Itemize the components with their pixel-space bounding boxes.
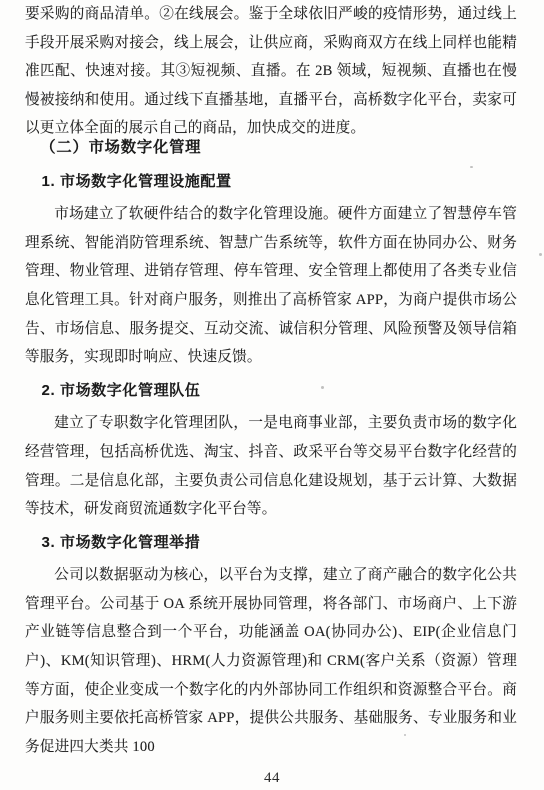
subsection-3-body: 公司以数据驱动为核心，以平台为支撑，建立了商产融合的数字化公共管理平台。公司基于… [25, 561, 517, 761]
subsection-2-body: 建立了专职数字化管理团队，一是电商事业部，主要负责市场的数字化经营管理，包括高桥… [25, 409, 517, 523]
subsection-3-heading: 3. 市场数字化管理举措 [25, 529, 517, 558]
subsection-2-heading: 2. 市场数字化管理队伍 [25, 377, 517, 406]
scan-noise-speck [321, 386, 324, 389]
subsection-1-body: 市场建立了软硬件结合的数字化管理设施。硬件方面建立了智慧停车管理系统、智能消防管… [25, 200, 517, 372]
paragraph-continued-from-previous-page: 要采购的商品清单。②在线展会。鉴于全球依旧严峻的疫情形势，通过线上手段开展采购对… [25, 0, 517, 143]
subsection-1-heading: 1. 市场数字化管理设施配置 [25, 168, 517, 197]
scan-noise-speck [404, 734, 406, 736]
page-number: 44 [0, 770, 544, 786]
scan-noise-speck [539, 253, 542, 256]
document-page: 要采购的商品清单。②在线展会。鉴于全球依旧严峻的疫情形势，通过线上手段开展采购对… [0, 0, 544, 790]
scan-noise-speck [470, 166, 473, 168]
